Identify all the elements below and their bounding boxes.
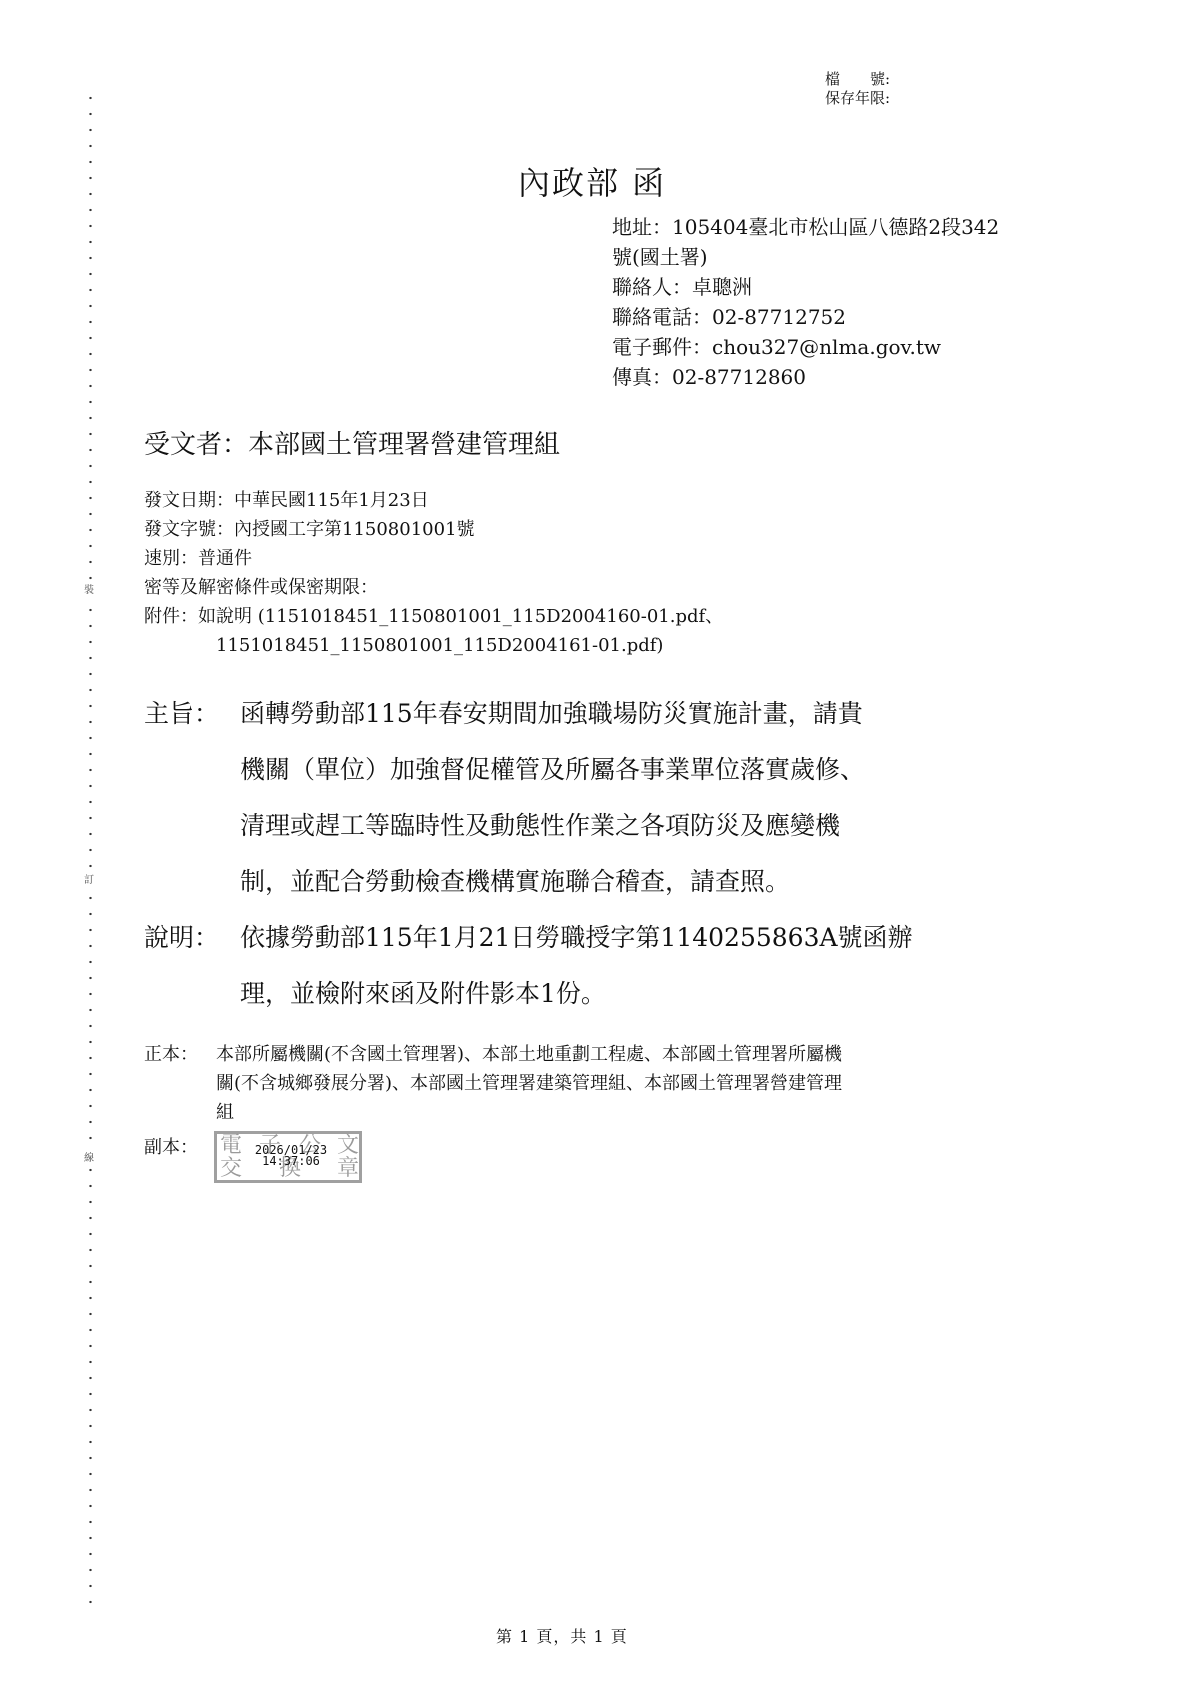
document-number: 發文字號：內授國工字第1150801001號	[144, 515, 475, 544]
original-recipients-line: 本部所屬機關(不含國土管理署)、本部土地重劃工程處、本部國土管理署所屬機	[216, 1040, 842, 1069]
stamp-char: 電	[220, 1135, 242, 1157]
subject-line: 函轉勞動部115年春安期間加強職場防災實施計畫，請貴	[240, 688, 863, 740]
subject-label: 主旨：	[144, 688, 219, 740]
issue-date: 發文日期：中華民國115年1月23日	[144, 486, 429, 515]
subject-line: 機關（單位）加強督促權管及所屬各事業單位落實歲修、	[240, 744, 865, 796]
page-number: 第 1 頁，共 1 頁	[496, 1624, 628, 1647]
explanation-line: 理，並檢附來函及附件影本1份。	[240, 968, 606, 1020]
address-line-1: 地址：105404臺北市松山區八德路2段342	[612, 212, 999, 242]
explanation-line: 依據勞動部115年1月21日勞職授字第1140255863A號函辦	[240, 912, 913, 964]
contact-person: 聯絡人：卓聰洲	[612, 272, 752, 302]
address-line-2: 號(國土署)	[612, 242, 708, 272]
delivery-speed: 速別：普通件	[144, 544, 252, 573]
copy-recipients-label: 副本：	[144, 1133, 198, 1162]
contact-phone: 聯絡電話：02-87712752	[612, 302, 846, 332]
attachment-line-2: 1151018451_1150801001_115D2004161-01.pdf…	[216, 631, 663, 660]
retention-period-label: 保存年限:	[825, 89, 890, 107]
contact-fax: 傳真：02-87712860	[612, 362, 806, 392]
subject-line: 制，並配合勞動檢查機構實施聯合稽查，請查照。	[240, 856, 790, 908]
attachment-line-1: 附件：如說明 (1151018451_1150801001_115D200416…	[144, 602, 723, 631]
subject-line: 清理或趕工等臨時性及動態性作業之各項防災及應變機	[240, 800, 840, 852]
electronic-exchange-stamp: 電 子 公 文 交 換 章 2026/01/23 14:37:06	[214, 1131, 362, 1183]
binding-mark-xian: 線	[82, 1152, 96, 1166]
original-recipients-label: 正本：	[144, 1040, 198, 1069]
stamp-time: 14:37:06	[241, 1155, 341, 1167]
original-recipients-line: 關(不含城鄉發展分署)、本部國土管理署建築管理組、本部國土管理署營建管理	[216, 1069, 842, 1098]
stamp-char: 交	[220, 1158, 242, 1180]
secrecy-level: 密等及解密條件或保密期限：	[144, 573, 378, 602]
document-title: 內政部 函	[518, 158, 666, 204]
binding-dots	[89, 90, 92, 1610]
binding-line: 裝 訂 線	[86, 90, 96, 1610]
contact-email: 電子郵件：chou327@nlma.gov.tw	[612, 332, 941, 362]
file-number-label: 檔 號:	[825, 70, 890, 88]
binding-mark-ding: 訂	[82, 874, 96, 888]
original-recipients-line: 組	[216, 1098, 234, 1127]
explanation-label: 說明：	[144, 912, 219, 964]
binding-mark-zhuang: 裝	[82, 584, 96, 598]
receiver: 受文者：本部國土管理署營建管理組	[144, 424, 560, 461]
